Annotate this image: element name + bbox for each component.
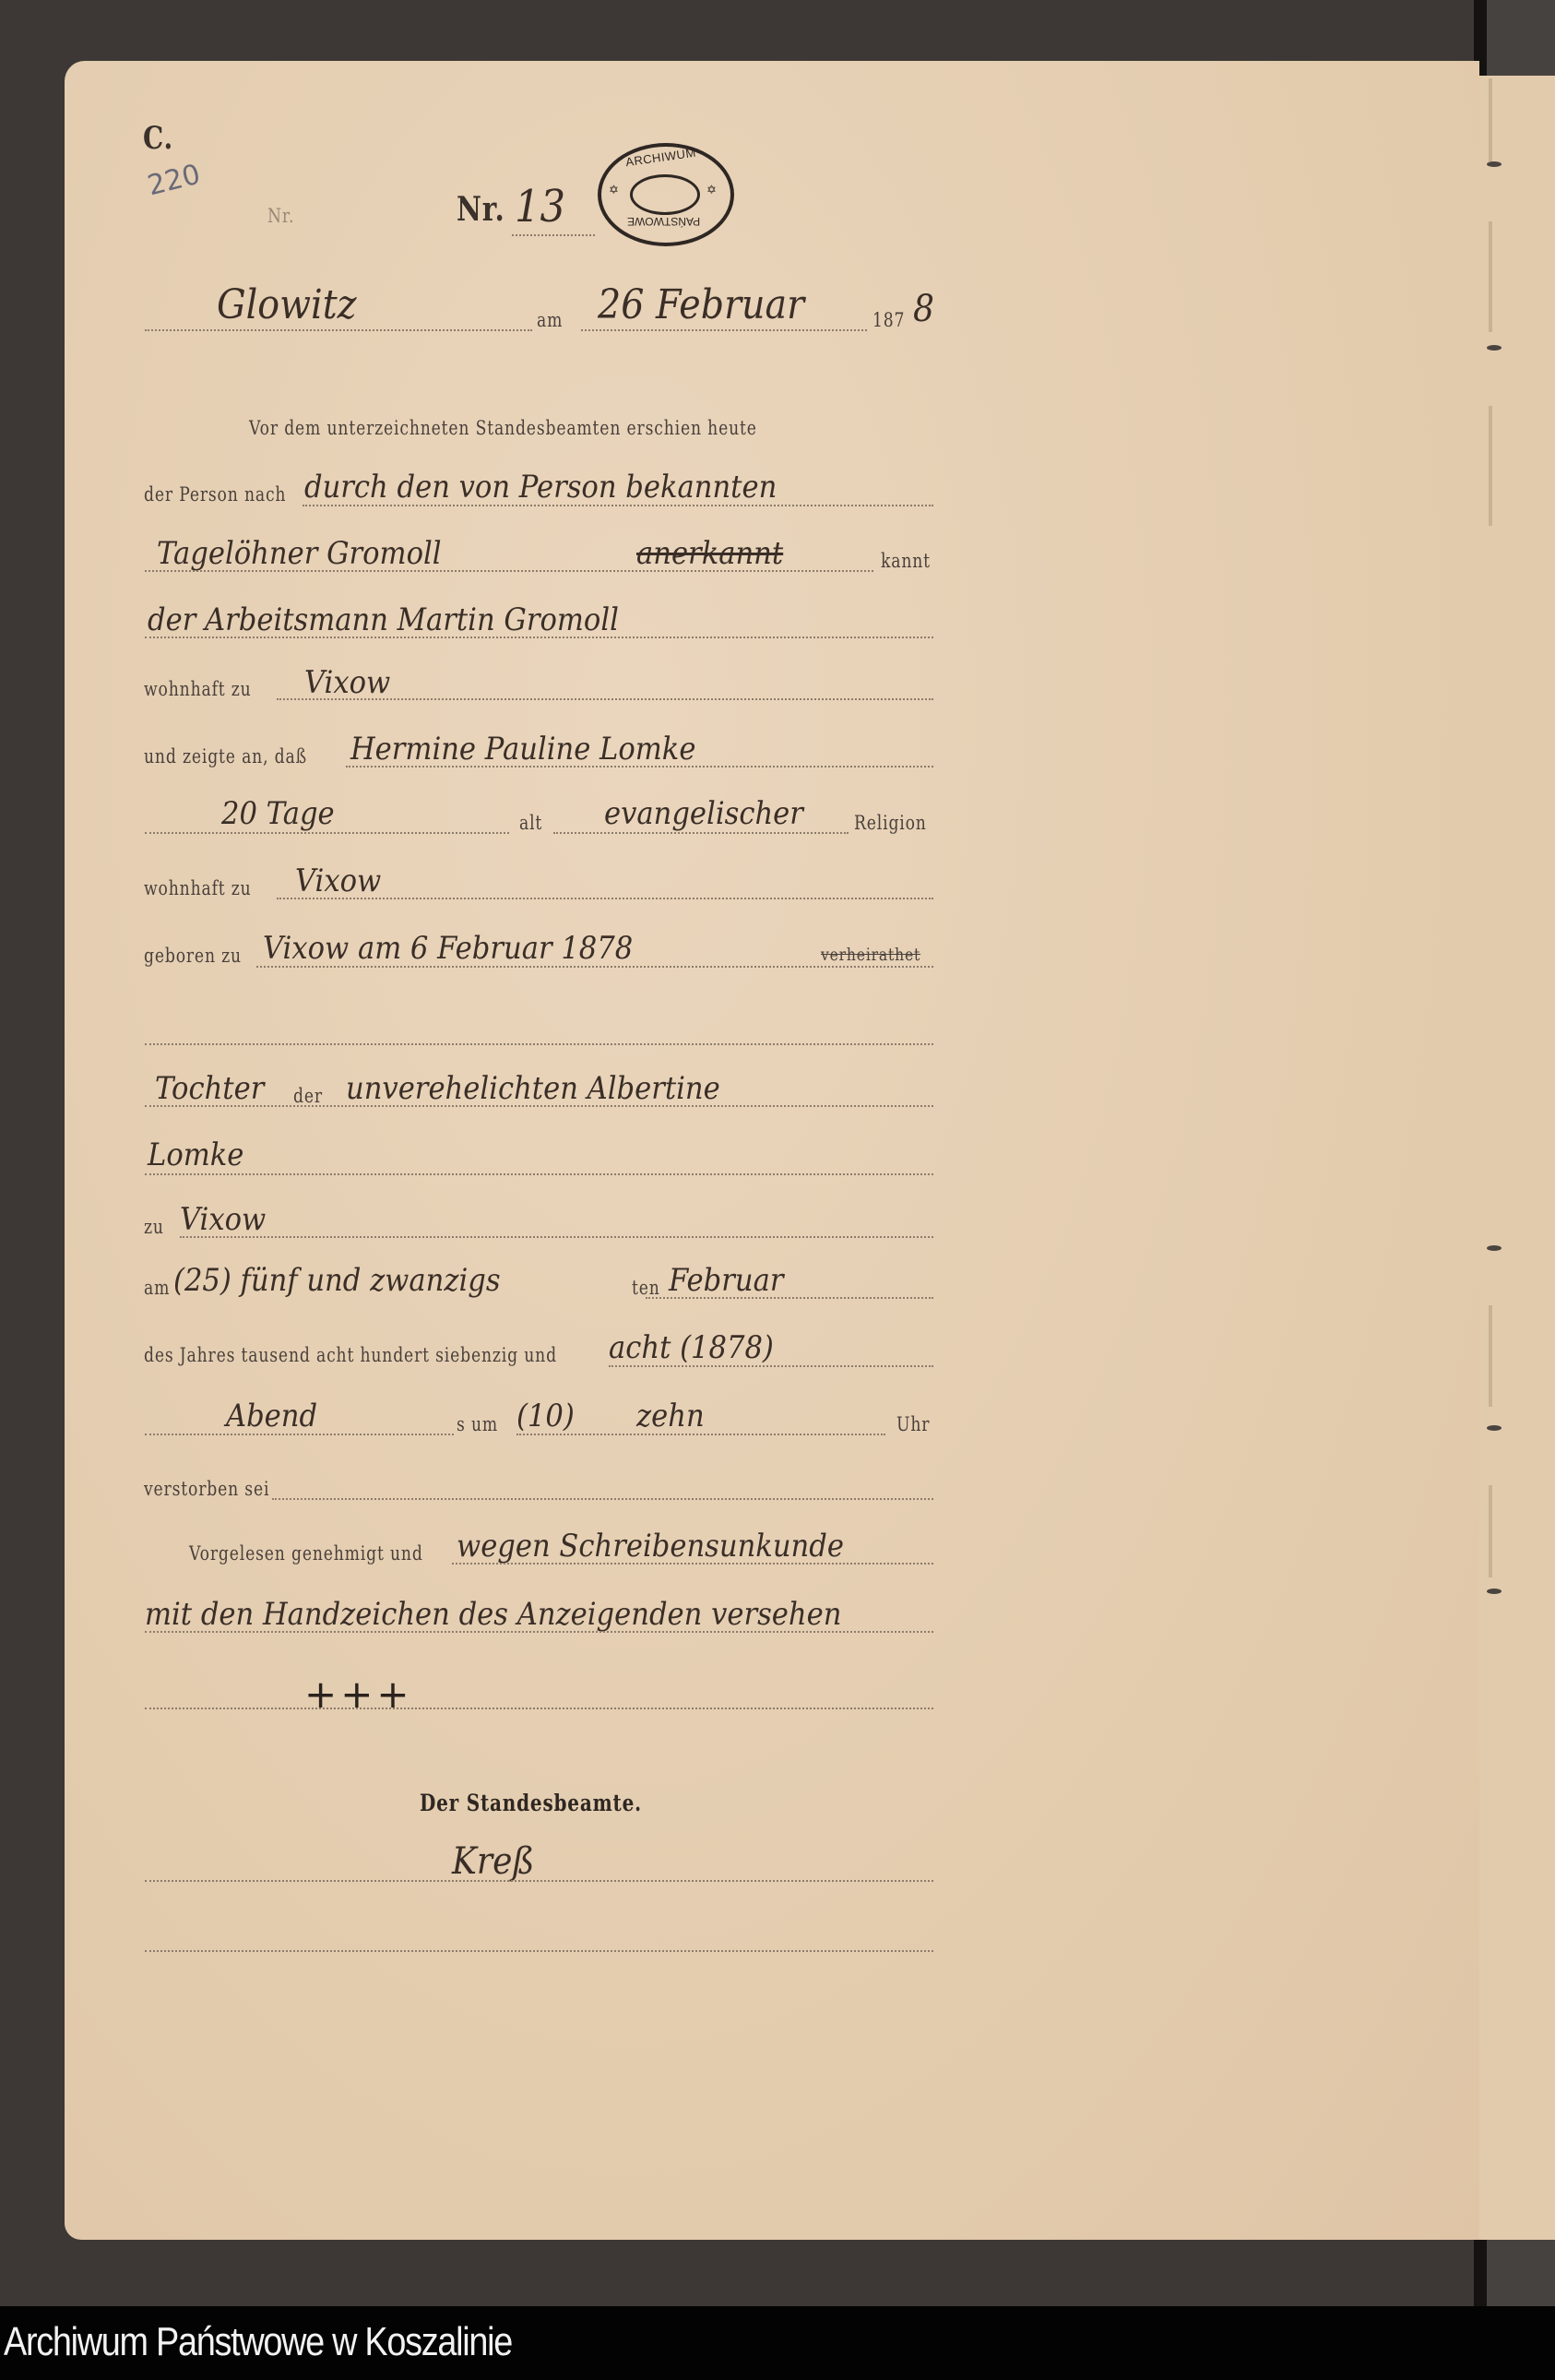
- place-rule: [145, 329, 532, 331]
- year-printed: 187: [872, 309, 905, 331]
- died-label: verstorben sei: [144, 1478, 269, 1500]
- reported-label: und zeigte an, daß: [144, 745, 307, 768]
- identity-rule-2: [145, 570, 873, 572]
- year-label: des Jahres tausend acht hundert siebenzi…: [144, 1344, 557, 1366]
- parent-rule-2: [145, 1173, 933, 1175]
- married-struck: verheirathet: [821, 945, 920, 965]
- signature-rule: [145, 1880, 933, 1882]
- official-heading: Der Standesbeamte.: [420, 1790, 642, 1816]
- stamp-inner-ring: [630, 174, 700, 215]
- residence-rule: [277, 698, 933, 700]
- parent-place-value: Vixow: [180, 1201, 266, 1238]
- fold-crease: [1489, 78, 1492, 166]
- binding-hole: [1487, 1425, 1502, 1431]
- handmarks-crosses: +++: [304, 1672, 413, 1717]
- approval-rule-2: [145, 1631, 933, 1633]
- born-label: geboren zu: [144, 945, 242, 967]
- approval-value-1: wegen Schreibensunkunde: [457, 1528, 844, 1565]
- date-rule: [581, 329, 867, 331]
- day-value: (25) fünf und zwanzigs: [173, 1262, 501, 1299]
- fold-crease: [1489, 1305, 1492, 1407]
- binding-gap-bottom: [1474, 2240, 1487, 2306]
- binding-hole: [1487, 1589, 1502, 1594]
- year-rule: [609, 1365, 933, 1367]
- residence-value: Vixow: [304, 664, 390, 701]
- born-value: Vixow am 6 Februar 1878: [263, 930, 633, 967]
- hour-label: Uhr: [896, 1413, 930, 1435]
- binding-hole: [1487, 345, 1502, 351]
- official-signature: Kreß: [452, 1840, 534, 1883]
- year-value: acht (1878): [609, 1329, 774, 1366]
- parent-der: der: [293, 1085, 323, 1107]
- place-name: Glowitz: [217, 281, 356, 328]
- religion-rule: [553, 832, 849, 834]
- fold-crease: [1489, 1485, 1492, 1577]
- approval-value-2: mit den Handzeichen des Anzeigenden vers…: [145, 1596, 841, 1633]
- year-written: 8: [913, 288, 934, 330]
- hour-value: (10): [516, 1398, 575, 1434]
- archive-stamp: ARCHIWUM ✡ ✡ PAŃSTWOWE: [598, 143, 734, 246]
- identity-label: der Person nach: [144, 483, 286, 506]
- religion-label: Religion: [854, 812, 927, 834]
- parent-place-rule: [180, 1236, 933, 1238]
- religion-value: evangelischer: [604, 795, 803, 832]
- hour-rule: [516, 1434, 885, 1435]
- parent-relation: Tochter: [155, 1070, 264, 1107]
- stamp-bottom-text: PAŃSTWOWE: [627, 215, 700, 228]
- approval-label: Vorgelesen genehmigt und: [189, 1542, 423, 1565]
- time-rule: [145, 1434, 454, 1435]
- deceased-residence-value: Vixow: [295, 863, 381, 899]
- declarant-name: der Arbeitsmann Martin Gromoll: [148, 601, 619, 638]
- adjacent-page-edge: [1479, 76, 1555, 2240]
- form-letter: C.: [143, 120, 173, 157]
- deceased-rule: [346, 766, 933, 768]
- star-icon: ✡: [706, 184, 717, 197]
- parent-place-label: zu: [144, 1216, 164, 1238]
- parent-name-2: Lomke: [148, 1136, 243, 1173]
- declarant-rule: [145, 637, 933, 638]
- deceased-name: Hermine Pauline Lomke: [350, 731, 695, 768]
- star-icon: ✡: [609, 184, 619, 197]
- parent-rule-1: [145, 1105, 933, 1107]
- died-rule: [272, 1498, 933, 1500]
- date-prefix: am: [537, 309, 563, 331]
- archive-name: Archiwum Państwowe w Koszalinie: [4, 2319, 512, 2365]
- identity-value: durch den von Person bekannten: [304, 469, 777, 506]
- hour-words: zehn: [636, 1398, 705, 1434]
- deceased-residence-rule: [277, 898, 933, 899]
- intro-text: Vor dem unterzeichneten Standesbeamten e…: [249, 417, 757, 439]
- binding-hole: [1487, 161, 1502, 167]
- identity-value-struck: anerkannt: [636, 535, 783, 572]
- fold-crease: [1489, 406, 1492, 526]
- kannt-label: kannt: [881, 550, 931, 572]
- time-suffix: s um: [457, 1413, 498, 1435]
- nr-rule: [512, 234, 595, 236]
- deceased-residence-label: wohnhaft zu: [144, 877, 252, 899]
- nr-value: 13: [515, 181, 565, 232]
- binding-hole: [1487, 1245, 1502, 1251]
- age-label: alt: [519, 812, 542, 834]
- blank-rule: [145, 1043, 933, 1045]
- born-rule: [256, 966, 933, 968]
- month-rule: [646, 1297, 933, 1299]
- parent-name-1: unverehelichten Albertine: [346, 1070, 720, 1107]
- nr-label: Nr.: [457, 190, 505, 229]
- approval-rule-1: [452, 1563, 933, 1565]
- age-rule: [145, 832, 509, 834]
- residence-label: wohnhaft zu: [144, 678, 252, 700]
- day-suffix: ten: [632, 1277, 660, 1299]
- fold-crease: [1489, 221, 1492, 332]
- age-value: 20 Tage: [221, 795, 335, 832]
- stamp-top-text: ARCHIWUM: [624, 146, 696, 170]
- identity-rule: [303, 505, 933, 506]
- document-page: [65, 61, 1479, 2240]
- marks-rule: [145, 1708, 933, 1709]
- time-value: Abend: [226, 1398, 317, 1434]
- date-value: 26 Februar: [598, 281, 804, 328]
- month-value: Februar: [669, 1262, 783, 1299]
- smudged-label: Nr.: [267, 205, 294, 227]
- day-label: am: [144, 1277, 170, 1299]
- identity-value-2: Tagelöhner Gromoll: [157, 535, 442, 572]
- final-rule: [145, 1950, 933, 1952]
